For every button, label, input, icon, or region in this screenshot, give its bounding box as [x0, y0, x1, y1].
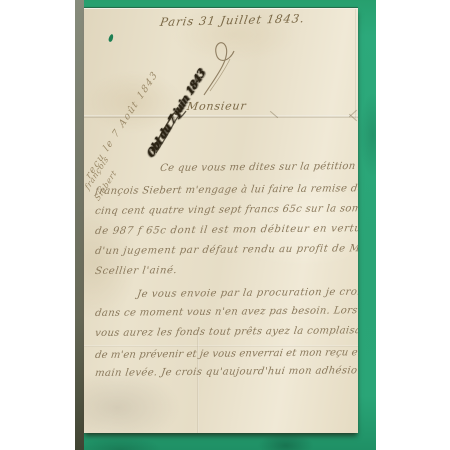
letter-paper: Paris 31 Juillet 1843. reçu le 7 Août 18…: [84, 8, 358, 433]
body-line: françois Siebert m'engage à lui faire la…: [94, 184, 358, 197]
body-line: de 987 f 65c dont il est mon débiteur en…: [94, 224, 358, 237]
body-line: Je vous envoie par la procuration je cro…: [136, 287, 358, 300]
vertical-fold-crease-lower: [197, 331, 199, 433]
body-line: d'un jugement par défaut rendu au profit…: [94, 244, 358, 257]
body-line: Scellier l'ainé.: [94, 266, 178, 277]
salutation: Monsieur: [186, 100, 247, 112]
body-line: main levée. Je crois qu'aujourd'hui mon …: [94, 366, 358, 379]
photo-left-edge-shadow: [75, 0, 84, 450]
body-line: de m'en prévenir et je vous enverrai et …: [94, 348, 358, 361]
body-line: dans ce moment vous n'en avez pas besoin…: [94, 306, 358, 319]
date-line: Paris 31 Juillet 1843.: [159, 13, 305, 28]
body-line: Ce que vous me dites sur la pétition de …: [159, 162, 358, 174]
letter-photo: Paris 31 Juillet 1843. reçu le 7 Août 18…: [75, 0, 376, 450]
body-line: vous aurez les fonds tout prêts ayez la …: [94, 326, 358, 339]
body-line: cinq cent quatre vingt sept francs 65c s…: [94, 204, 358, 217]
ink-flourish: [196, 37, 238, 99]
vertical-fold-crease-upper: [355, 9, 357, 119]
